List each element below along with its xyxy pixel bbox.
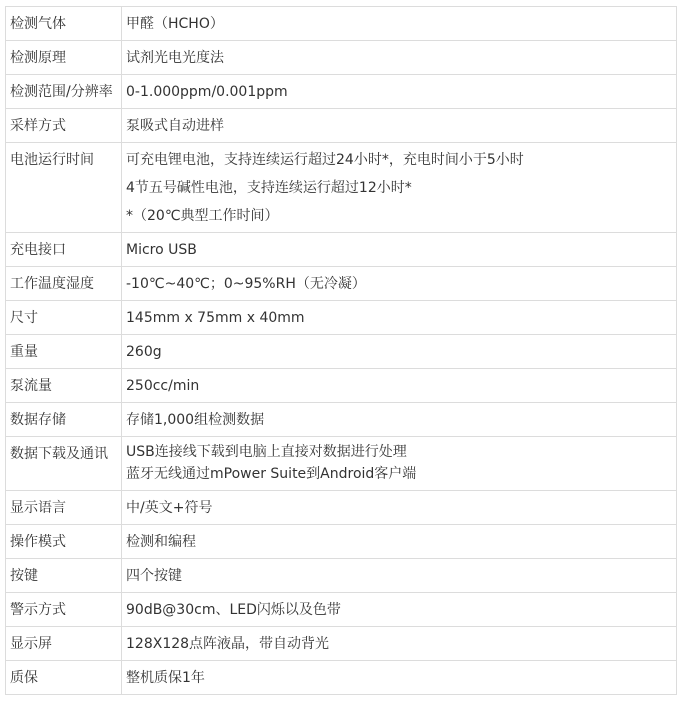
spec-value: 存储1,000组检测数据 <box>122 403 677 437</box>
spec-value-line: Micro USB <box>126 240 672 260</box>
spec-value-line: 90dB@30cm、LED闪烁以及色带 <box>126 600 672 620</box>
spec-row-battery: 电池运行时间 可充电锂电池，支持连续运行超过24小时*，充电时间小于5小时 4节… <box>6 143 677 233</box>
spec-value: 250cc/min <box>122 369 677 403</box>
spec-value-line: 128X128点阵液晶，带自动背光 <box>126 634 672 654</box>
spec-value-line: 泵吸式自动进样 <box>126 116 672 136</box>
spec-value: 试剂光电光度法 <box>122 41 677 75</box>
spec-row-keys: 按键 四个按键 <box>6 559 677 593</box>
spec-row-pump-flow: 泵流量 250cc/min <box>6 369 677 403</box>
spec-value-line: 存储1,000组检测数据 <box>126 410 672 430</box>
spec-value-line: USB连接线下载到电脑上直接对数据进行处理 <box>126 441 672 463</box>
spec-value-line: -10℃~40℃；0~95%RH（无冷凝） <box>126 274 672 294</box>
spec-value-line: 145mm x 75mm x 40mm <box>126 308 672 328</box>
spec-label: 质保 <box>6 661 122 695</box>
spec-value-line: 甲醛（HCHO） <box>126 14 672 34</box>
spec-value: 0-1.000ppm/0.001ppm <box>122 75 677 109</box>
spec-label: 泵流量 <box>6 369 122 403</box>
spec-row-language: 显示语言 中/英文+符号 <box>6 491 677 525</box>
spec-label: 数据存储 <box>6 403 122 437</box>
spec-label: 采样方式 <box>6 109 122 143</box>
spec-table: 检测气体 甲醛（HCHO） 检测原理 试剂光电光度法 检测范围/分辨率 0-1.… <box>5 6 677 695</box>
spec-value-line: 蓝牙无线通过mPower Suite到Android客户端 <box>126 463 672 485</box>
spec-label: 充电接口 <box>6 233 122 267</box>
spec-label: 尺寸 <box>6 301 122 335</box>
spec-row-charging-port: 充电接口 Micro USB <box>6 233 677 267</box>
spec-value: USB连接线下载到电脑上直接对数据进行处理 蓝牙无线通过mPower Suite… <box>122 437 677 491</box>
spec-value-line: 四个按键 <box>126 566 672 586</box>
spec-value: 整机质保1年 <box>122 661 677 695</box>
spec-row-communication: 数据下载及通讯 USB连接线下载到电脑上直接对数据进行处理 蓝牙无线通过mPow… <box>6 437 677 491</box>
spec-label: 重量 <box>6 335 122 369</box>
spec-value: 四个按键 <box>122 559 677 593</box>
spec-value: 泵吸式自动进样 <box>122 109 677 143</box>
spec-value-line: 260g <box>126 342 672 362</box>
spec-label: 警示方式 <box>6 593 122 627</box>
spec-value: 可充电锂电池，支持连续运行超过24小时*，充电时间小于5小时 4节五号碱性电池，… <box>122 143 677 233</box>
spec-row-display: 显示屏 128X128点阵液晶，带自动背光 <box>6 627 677 661</box>
spec-value: Micro USB <box>122 233 677 267</box>
spec-value: -10℃~40℃；0~95%RH（无冷凝） <box>122 267 677 301</box>
spec-label: 操作模式 <box>6 525 122 559</box>
spec-value: 145mm x 75mm x 40mm <box>122 301 677 335</box>
spec-value-line: 试剂光电光度法 <box>126 48 672 68</box>
spec-value-line: 中/英文+符号 <box>126 498 672 518</box>
spec-label: 工作温度湿度 <box>6 267 122 301</box>
spec-row-gas: 检测气体 甲醛（HCHO） <box>6 7 677 41</box>
spec-row-principle: 检测原理 试剂光电光度法 <box>6 41 677 75</box>
spec-value-line: 可充电锂电池，支持连续运行超过24小时*，充电时间小于5小时 <box>126 150 672 170</box>
spec-label: 显示屏 <box>6 627 122 661</box>
spec-label: 检测气体 <box>6 7 122 41</box>
spec-value-line: 整机质保1年 <box>126 668 672 688</box>
spec-label: 电池运行时间 <box>6 143 122 233</box>
spec-row-operation-mode: 操作模式 检测和编程 <box>6 525 677 559</box>
spec-label: 按键 <box>6 559 122 593</box>
spec-value: 检测和编程 <box>122 525 677 559</box>
spec-value: 中/英文+符号 <box>122 491 677 525</box>
spec-row-storage: 数据存储 存储1,000组检测数据 <box>6 403 677 437</box>
spec-label: 显示语言 <box>6 491 122 525</box>
spec-row-range: 检测范围/分辨率 0-1.000ppm/0.001ppm <box>6 75 677 109</box>
spec-row-weight: 重量 260g <box>6 335 677 369</box>
spec-row-temp-humidity: 工作温度湿度 -10℃~40℃；0~95%RH（无冷凝） <box>6 267 677 301</box>
spec-value: 128X128点阵液晶，带自动背光 <box>122 627 677 661</box>
spec-row-warranty: 质保 整机质保1年 <box>6 661 677 695</box>
spec-row-alarm: 警示方式 90dB@30cm、LED闪烁以及色带 <box>6 593 677 627</box>
spec-label: 检测原理 <box>6 41 122 75</box>
spec-value: 260g <box>122 335 677 369</box>
spec-value-line: 检测和编程 <box>126 532 672 552</box>
spec-label: 数据下载及通讯 <box>6 437 122 491</box>
spec-value-line: 4节五号碱性电池，支持连续运行超过12小时* <box>126 178 672 198</box>
spec-value-line: 250cc/min <box>126 376 672 396</box>
spec-value-line: 0-1.000ppm/0.001ppm <box>126 82 672 102</box>
spec-row-sampling: 采样方式 泵吸式自动进样 <box>6 109 677 143</box>
spec-value-footnote: *（20℃典型工作时间） <box>126 206 672 226</box>
spec-value: 甲醛（HCHO） <box>122 7 677 41</box>
spec-label: 检测范围/分辨率 <box>6 75 122 109</box>
spec-row-size: 尺寸 145mm x 75mm x 40mm <box>6 301 677 335</box>
spec-value: 90dB@30cm、LED闪烁以及色带 <box>122 593 677 627</box>
